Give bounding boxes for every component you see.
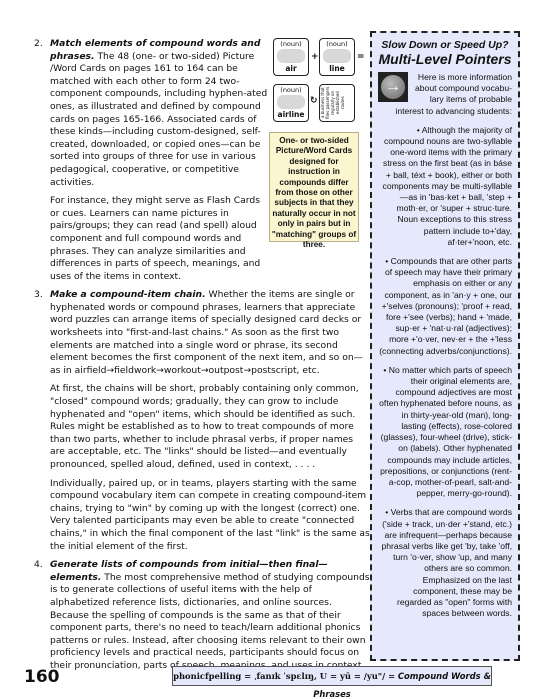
cloud-image-icon <box>277 49 305 63</box>
paragraph: Individually, paired up, or in teams, pl… <box>50 478 370 554</box>
sidebar-bullet: • Verbs that are compound words ('side +… <box>378 507 512 619</box>
cards-caption: One- or two-sided Picture/Word Cards des… <box>269 132 359 242</box>
arrow-right-icon: → <box>381 75 405 99</box>
item-number: 2. <box>34 38 43 51</box>
item-number: 4. <box>34 559 43 572</box>
item-number: 3. <box>34 289 43 302</box>
paragraph: At first, the chains will be short, prob… <box>50 383 370 471</box>
card-pos: (noun) <box>320 40 354 48</box>
card-airline: (noun) airline <box>273 84 309 122</box>
page-number: 160 <box>24 667 60 687</box>
paragraph: For instance, they might serve as Flash … <box>50 195 268 283</box>
line-image-icon <box>323 49 351 63</box>
card-word: air <box>274 64 308 73</box>
card-pos: (noun) <box>274 86 308 94</box>
sidebar-title: Multi-Level Pointers <box>378 51 512 68</box>
paragraph: The 48 (one- or two-sided) Picture /Word… <box>50 51 267 188</box>
sidebar-multi-level-pointers: Slow Down or Speed Up? Multi-Level Point… <box>370 31 520 661</box>
sidebar-subtitle: Slow Down or Speed Up? <box>378 39 512 51</box>
arrow-button-icon: → <box>378 72 408 102</box>
sidebar-bullet: • Compounds that are other parts of spee… <box>378 256 512 357</box>
paragraph: The most comprehensive method of studyin… <box>50 572 370 671</box>
card-word: line <box>320 64 354 73</box>
card-line: (noun) line <box>319 38 355 76</box>
airplane-image-icon <box>277 95 305 109</box>
plus-sign: + <box>311 52 319 62</box>
definition-card: a business that flies passengers regular… <box>319 84 355 122</box>
card-air: (noun) air <box>273 38 309 76</box>
item-heading: Make a compound-item chain. <box>50 289 206 300</box>
item-3: 3. Make a compound-item chain. Whether t… <box>34 289 370 553</box>
card-word: airline <box>274 110 308 119</box>
footer-phonetic: phonicfpelling = ˌfanɪk ˈspɛlɪŋ, U = yū … <box>173 671 395 681</box>
sidebar-bullet: • Although the majority of compound noun… <box>378 125 512 248</box>
card-pos: (noun) <box>274 40 308 48</box>
paragraph: Whether the items are single or hyphenat… <box>50 289 363 376</box>
sidebar-bullet: • No matter which parts of speech their … <box>378 365 512 499</box>
equals-sign: = <box>357 52 365 62</box>
footer-banner: phonicfpelling = ˌfanɪk ˈspɛlɪŋ, U = yū … <box>172 666 492 686</box>
cycle-icon: ↻ <box>310 96 318 106</box>
item-4: 4. Generate lists of compounds from init… <box>34 559 370 672</box>
